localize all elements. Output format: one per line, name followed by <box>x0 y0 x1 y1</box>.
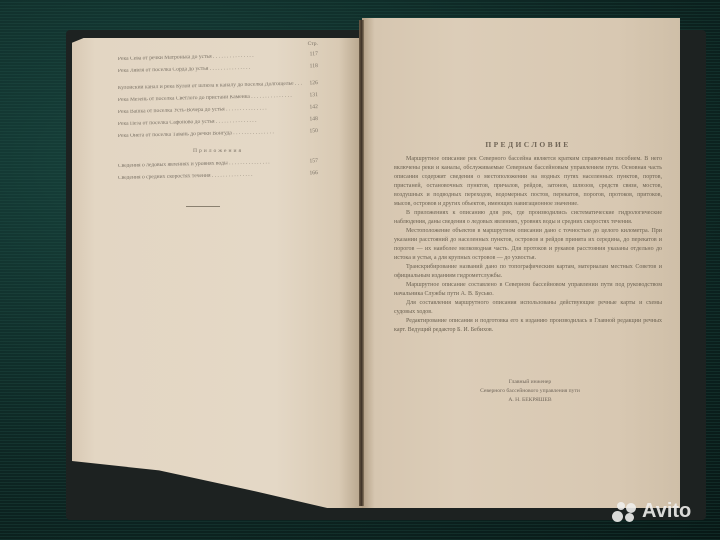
signature-org: Северного бассейнового управления пути <box>450 387 610 396</box>
table-of-contents: Стр. Река Сева от речки Матронька до уст… <box>118 42 318 207</box>
avito-logo-icon <box>612 502 638 522</box>
toc-entry-title: Сведения о средних скоростях течения . .… <box>118 172 302 182</box>
preface-paragraph: Маршрутное описание рек Северного бассей… <box>394 155 662 209</box>
toc-entry-page: 150 <box>302 129 318 135</box>
signature-role: Главный инженер <box>450 378 610 387</box>
preface-paragraph: Для составления маршрутного описания исп… <box>394 299 662 317</box>
book-gutter <box>359 20 364 506</box>
preface-paragraph: В приложениях к описанию для рек, где пр… <box>394 209 662 227</box>
preface-paragraph: Транскрибирование названий дано по топог… <box>394 263 662 281</box>
signature-block: Главный инженер Северного бассейнового у… <box>450 378 610 405</box>
avito-watermark: Avito <box>612 500 691 523</box>
preface-paragraph: Маршрутное описание составлено в Северно… <box>394 281 662 299</box>
preface-paragraph: Редактирование описания и подготовка его… <box>394 317 662 335</box>
appendix-entries: Сведения о ледовых явлениях и уровнях во… <box>118 158 318 182</box>
toc-entry-title: Река Онега от поселка Тавань до речки Во… <box>118 130 302 140</box>
toc-entries: Река Сева от речки Матронька до устья . … <box>118 51 318 140</box>
toc-entry-page: 166 <box>302 172 318 178</box>
preface: ПРЕДИСЛОВИЕ Маршрутное описание рек Севе… <box>394 140 662 335</box>
preface-title: ПРЕДИСЛОВИЕ <box>394 140 662 149</box>
preface-paragraph: Местоположение объектов в маршрутном опи… <box>394 227 662 263</box>
signature-name: А. Н. БЕКРЯШЕВ <box>450 396 610 405</box>
preface-body: Маршрутное описание рек Северного бассей… <box>394 155 662 335</box>
watermark-text: Avito <box>642 500 691 523</box>
divider <box>186 206 220 207</box>
